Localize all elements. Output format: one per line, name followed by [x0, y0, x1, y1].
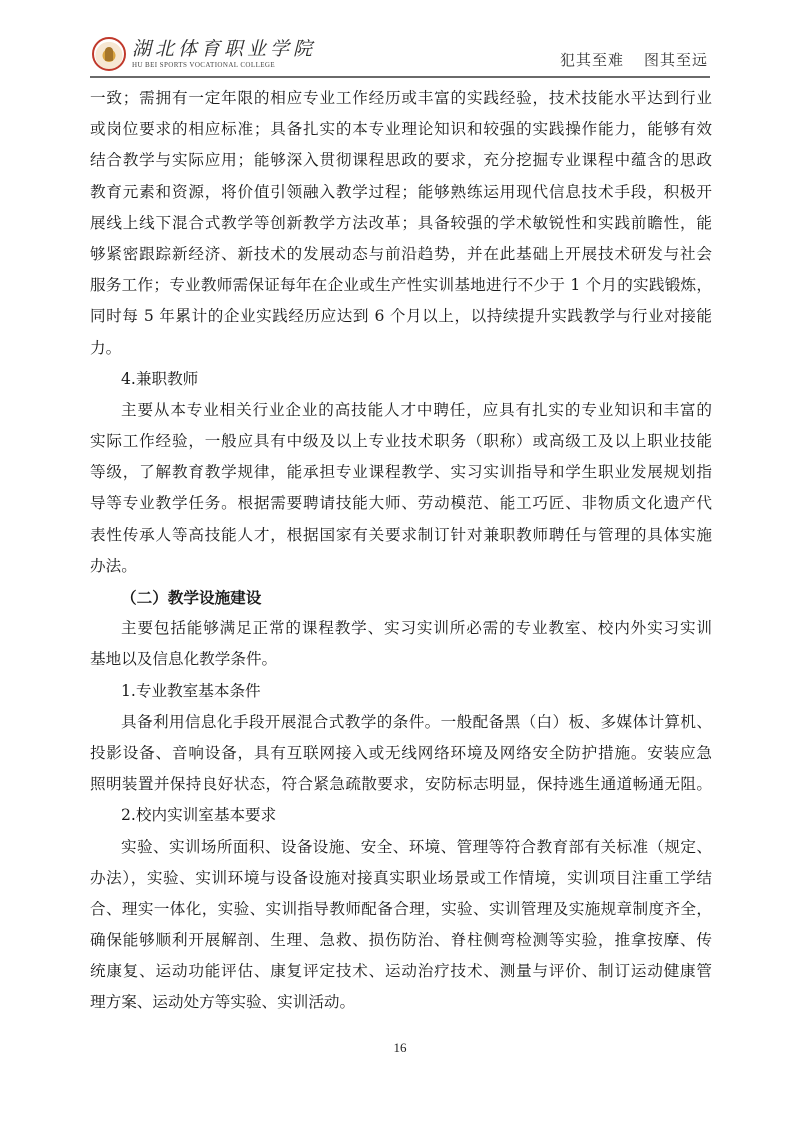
college-emblem-icon: [92, 37, 126, 71]
text-line: 实验、实训场所面积、设备设施、安全、环境、管理等符合教育部有关标准（规定、: [90, 832, 712, 863]
text-line: 2.校内实训室基本要求: [90, 800, 712, 831]
text-line: 服务工作；专业教师需保证每年在企业或生产性实训基地进行不少于 1 个月的实践锻炼…: [90, 270, 712, 301]
text-line: 等级，了解教育教学规律，能承担专业课程教学、实习实训指导和学生职业发展规划指: [90, 457, 712, 488]
text-line: 一致；需拥有一定年限的相应专业工作经历或丰富的实践经验，技术技能水平达到行业: [90, 83, 712, 114]
document-body: 一致；需拥有一定年限的相应专业工作经历或丰富的实践经验，技术技能水平达到行业或岗…: [90, 83, 712, 1019]
text-line: 结合教学与实际应用；能够深入贯彻课程思政的要求，充分挖掘专业课程中蕴含的思政: [90, 145, 712, 176]
text-line: 力。: [90, 333, 712, 364]
text-line: 表性传承人等高技能人才，根据国家有关要求制订针对兼职教师聘任与管理的具体实施: [90, 520, 712, 551]
text-line: 投影设备、音响设备，具有互联网接入或无线网络环境及网络安全防护措施。安装应急: [90, 738, 712, 769]
text-line: 4.兼职教师: [90, 364, 712, 395]
text-line: 照明装置并保持良好状态，符合紧急疏散要求，安防标志明显，保持逃生通道畅通无阻。: [90, 769, 712, 800]
text-line: 统康复、运动功能评估、康复评定技术、运动治疗技术、测量与评价、制订运动健康管: [90, 956, 712, 987]
page-header: 湖北体育职业学院 HU BEI SPORTS VOCATIONAL COLLEG…: [90, 30, 710, 78]
text-line: 或岗位要求的相应标准；具备扎实的本专业理论知识和较强的实践操作能力，能够有效: [90, 114, 712, 145]
text-line: 导等专业教学任务。根据需要聘请技能大师、劳动模范、能工巧匠、非物质文化遗产代: [90, 488, 712, 519]
text-line: 展线上线下混合式教学等创新教学方法改革；具备较强的学术敏锐性和实践前瞻性，能: [90, 208, 712, 239]
text-line: 实际工作经验，一般应具有中级及以上专业技术职务（职称）或高级工及以上职业技能: [90, 426, 712, 457]
text-line: 够紧密跟踪新经济、新技术的发展动态与前沿趋势，并在此基础上开展技术研发与社会: [90, 239, 712, 270]
section-heading: （二）教学设施建设: [90, 582, 712, 613]
text-line: 办法。: [90, 551, 712, 582]
motto-part-2: 图其至远: [644, 49, 708, 70]
logo-text: 湖北体育职业学院 HU BEI SPORTS VOCATIONAL COLLEG…: [132, 40, 316, 69]
college-logo: 湖北体育职业学院 HU BEI SPORTS VOCATIONAL COLLEG…: [92, 34, 316, 74]
text-line: 主要从本专业相关行业企业的高技能人才中聘任，应具有扎实的专业知识和丰富的: [90, 395, 712, 426]
logo-chinese-name: 湖北体育职业学院: [132, 40, 316, 59]
text-line: 合、理实一体化，实验、实训指导教师配备合理，实验、实训管理及实施规章制度齐全，: [90, 894, 712, 925]
text-line: 确保能够顺利开展解剖、生理、急救、损伤防治、脊柱侧弯检测等实验，推拿按摩、传: [90, 925, 712, 956]
header-motto: 犯其至难 图其至远: [560, 49, 708, 70]
text-line: 具备利用信息化手段开展混合式教学的条件。一般配备黑（白）板、多媒体计算机、: [90, 707, 712, 738]
page-number: 16: [0, 1040, 800, 1056]
logo-english-name: HU BEI SPORTS VOCATIONAL COLLEGE: [132, 62, 316, 69]
text-line: 办法），实验、实训环境与设备设施对接真实职业场景或工作情境，实训项目注重工学结: [90, 863, 712, 894]
text-line: 基地以及信息化教学条件。: [90, 644, 712, 675]
text-line: 同时每 5 年累计的企业实践经历应达到 6 个月以上，以持续提升实践教学与行业对…: [90, 301, 712, 332]
motto-part-1: 犯其至难: [560, 49, 624, 70]
text-line: 主要包括能够满足正常的课程教学、实习实训所必需的专业教室、校内外实习实训: [90, 613, 712, 644]
text-line: 理方案、运动处方等实验、实训活动。: [90, 987, 712, 1018]
text-line: 1.专业教室基本条件: [90, 676, 712, 707]
text-line: 教育元素和资源，将价值引领融入教学过程；能够熟练运用现代信息技术手段，积极开: [90, 177, 712, 208]
